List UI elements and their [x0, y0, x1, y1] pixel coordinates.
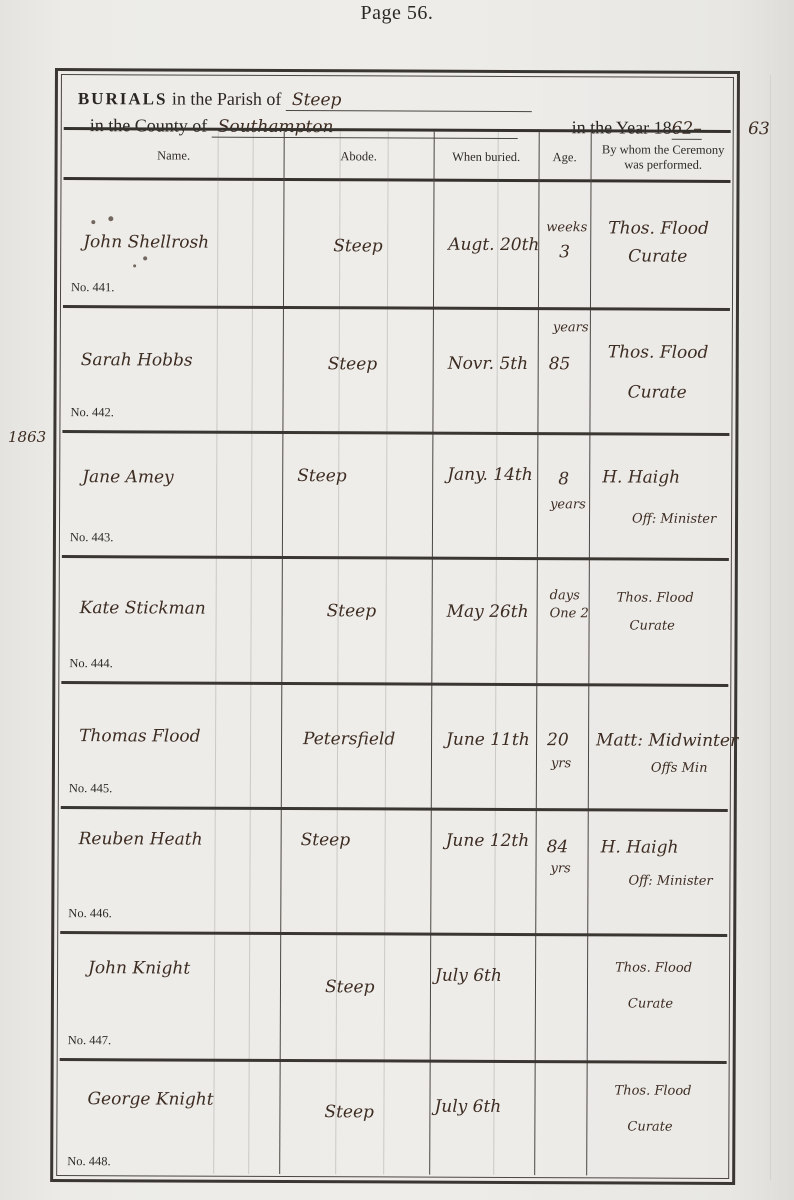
entry-when-buried: Jany. 14th — [447, 465, 533, 485]
entry-officiant-title: Curate — [630, 619, 675, 634]
ink-blot — [91, 220, 95, 224]
entry-officiant-title: Curate — [628, 997, 673, 1012]
entry-name: John Shellrosh — [83, 232, 209, 253]
entry-age-value: 85 — [549, 354, 571, 374]
parish-field: Steep — [286, 90, 532, 112]
entry-age-unit: days — [550, 588, 580, 603]
column-header-name: Name. — [64, 133, 284, 178]
entry-number: No. 441. — [71, 280, 114, 295]
entry-officiant-title: Offs Min — [651, 761, 708, 776]
entry-age-unit: weeks — [546, 220, 587, 235]
column-header-when-buried: When buried. — [434, 135, 539, 179]
entry-officiant-title: Curate — [627, 1120, 672, 1135]
burial-entry-448: George Knight Steep July 6th Thos. Flood… — [59, 1061, 727, 1182]
entry-officiant-title: Off: Minister — [632, 512, 716, 527]
ink-blot — [143, 256, 147, 260]
entry-abode: Steep — [297, 466, 347, 486]
ink-blot — [108, 216, 113, 221]
burial-entry-444: Kate Stickman Steep May 26th days One 2 … — [61, 558, 729, 684]
entry-when-buried: Augt. 20th — [448, 235, 539, 255]
entry-officiant: Thos. Flood — [617, 590, 694, 605]
entry-number: No. 443. — [70, 530, 113, 545]
entry-name: Jane Amey — [82, 467, 174, 487]
entry-when-buried: July 6th — [435, 966, 502, 986]
entry-officiant-title: Curate — [628, 247, 687, 267]
burial-entry-446: Reuben Heath Steep June 12th 84 yrs H. H… — [60, 809, 728, 934]
entry-name: Kate Stickman — [80, 598, 206, 619]
register-title-line: BURIALS in the Parish of Steep — [78, 88, 532, 112]
entry-number: No. 447. — [68, 1033, 111, 1048]
bleed-through-line — [770, 75, 771, 1180]
entry-when-buried: Novr. 5th — [448, 354, 528, 374]
entry-officiant: H. Haigh — [601, 837, 679, 857]
entry-number: No. 445. — [69, 781, 112, 796]
column-header-row: Name. Abode. When buried. Age. By whom t… — [64, 133, 731, 180]
entry-abode: Steep — [327, 601, 377, 621]
entry-age-value: 3 — [559, 242, 570, 262]
entry-name: Reuben Heath — [79, 829, 203, 850]
entry-abode: Petersfield — [303, 729, 395, 749]
entry-when-buried: June 11th — [446, 730, 530, 750]
entry-officiant: Matt: Midwinter — [596, 730, 738, 751]
entry-abode: Steep — [328, 354, 378, 374]
burial-entry-443: Jane Amey Steep Jany. 14th 8 years H. Ha… — [62, 433, 730, 558]
column-header-abode: Abode. — [284, 134, 434, 179]
entry-name: George Knight — [87, 1089, 213, 1110]
entry-officiant: Thos. Flood — [608, 342, 709, 362]
entry-officiant: Thos. Flood — [608, 218, 709, 238]
page-number: Page 56. — [0, 2, 794, 25]
entry-age-unit: years — [553, 320, 589, 335]
register-frame: BURIALS in the Parish of Steep in the Co… — [50, 68, 740, 1185]
burial-entry-445: Thomas Flood Petersfield June 11th 20 yr… — [61, 684, 729, 809]
entry-when-buried: May 26th — [447, 602, 529, 622]
burial-entry-442: Sarah Hobbs Steep Novr. 5th years 85 Tho… — [62, 308, 730, 433]
burial-entry-441: John Shellrosh Steep Augt. 20th weeks 3 … — [63, 180, 731, 308]
entry-when-buried: July 6th — [434, 1097, 501, 1117]
register-title: BURIALS — [78, 89, 168, 108]
entry-name: Thomas Flood — [79, 726, 201, 747]
column-header-officiant: By whom the Ceremony was performed. — [591, 135, 736, 180]
entry-name: John Knight — [88, 958, 190, 978]
entry-officiant: Thos. Flood — [615, 960, 692, 975]
margin-year-note: 1863 — [8, 428, 46, 446]
entry-abode: Steep — [325, 977, 375, 997]
entry-age-value: One 2 — [550, 606, 589, 621]
entry-name: Sarah Hobbs — [81, 350, 193, 370]
entry-officiant: H. Haigh — [602, 467, 680, 487]
entry-abode: Steep — [333, 236, 383, 256]
column-header-age: Age. — [539, 135, 591, 179]
entry-age-unit: yrs — [550, 861, 570, 876]
year-overflow: 63 — [748, 119, 770, 139]
entry-age-unit: yrs — [551, 756, 571, 771]
entry-officiant: Thos. Flood — [615, 1083, 692, 1098]
entry-abode: Steep — [324, 1102, 374, 1122]
ink-blot — [133, 264, 136, 267]
entry-age-unit: years — [550, 497, 586, 512]
entry-officiant-title: Off: Minister — [628, 874, 712, 889]
entry-officiant-title: Curate — [628, 383, 687, 403]
entry-number: No. 444. — [69, 656, 112, 671]
entry-age-value: 84 — [547, 837, 569, 857]
entry-age-value: 8 — [558, 469, 569, 489]
parish-prefix: in the Parish of — [172, 89, 282, 109]
entry-abode: Steep — [301, 830, 351, 850]
entry-number: No. 448. — [67, 1154, 110, 1169]
entry-when-buried: June 12th — [446, 831, 530, 851]
entry-age-value: 20 — [547, 730, 569, 750]
burial-entry-447: John Knight Steep July 6th Thos. Flood C… — [60, 934, 728, 1061]
entry-number: No. 442. — [70, 405, 113, 420]
entry-number: No. 446. — [68, 906, 111, 921]
